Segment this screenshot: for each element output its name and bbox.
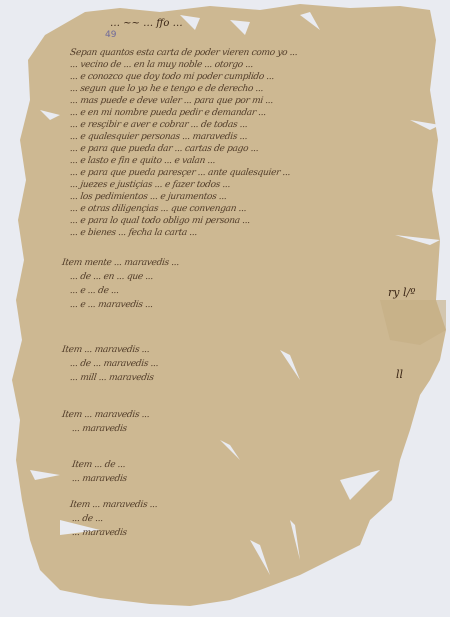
text-line: Item ... maravedis ... [61, 410, 150, 420]
text-line: ... de ... maravedis ... [69, 359, 159, 369]
text-line: Item ... maravedis ... [69, 500, 158, 510]
margin-mark: ll [396, 368, 403, 381]
text-line: ... e ... maravedis ... [69, 300, 153, 310]
text-line: Item ... de ... [71, 460, 126, 470]
text-line: ... de ... [71, 514, 103, 524]
manuscript-page: 49 … ~~ … ffo … Sepan quantos esta carta… [0, 0, 450, 617]
folio-number: 49 [105, 30, 116, 40]
text-line: ... e ... de ... [69, 286, 119, 296]
text-line: ... maravedis [71, 424, 127, 434]
text-line: ... e para que pueda dar ... cartas de p… [69, 144, 259, 154]
text-line: ... mill ... maravedis [69, 373, 154, 383]
text-line: ... e conozco que doy todo mi poder cump… [69, 72, 275, 82]
text-line: ... e para lo qual todo obligo mi person… [69, 216, 250, 226]
text-line: ... de ... en ... que ... [69, 272, 153, 282]
text-line: ... e en mi nombre pueda pedir e demanda… [69, 108, 266, 118]
text-line: ... e para que pueda paresçer ... ante q… [69, 168, 291, 178]
text-line: ... maravedis [71, 474, 127, 484]
margin-mark: ry l/º [388, 286, 415, 299]
text-line: ... los pedimientos ... e juramentos ... [69, 192, 227, 202]
text-line: ... e otras diligençias ... que convenga… [69, 204, 247, 214]
text-line: ... e lasto e fin e quito ... e valan ..… [69, 156, 216, 166]
text-line: ... maravedis [71, 528, 127, 538]
text-line: Sepan quantos esta carta de poder vieren… [69, 48, 298, 58]
text-line: Item ... maravedis ... [61, 345, 150, 355]
text-line: ... juezes e justiçias ... e fazer todos… [69, 180, 231, 190]
text-line: ... mas puede e deve valer ... para que … [69, 96, 273, 106]
text-line: ... e qualesquier personas ... maravedis… [69, 132, 248, 142]
text-line: ... e bienes ... fecha la carta ... [69, 228, 198, 238]
header-annotation: … ~~ … ffo … [110, 18, 183, 29]
text-line: Item mente ... maravedis ... [61, 258, 179, 268]
text-line: ... segun que lo yo he e tengo e de dere… [69, 84, 264, 94]
text-line: ... e resçibir e aver e cobrar ... de to… [69, 120, 248, 130]
text-line: ... vecino de ... en la muy noble ... ot… [69, 60, 253, 70]
